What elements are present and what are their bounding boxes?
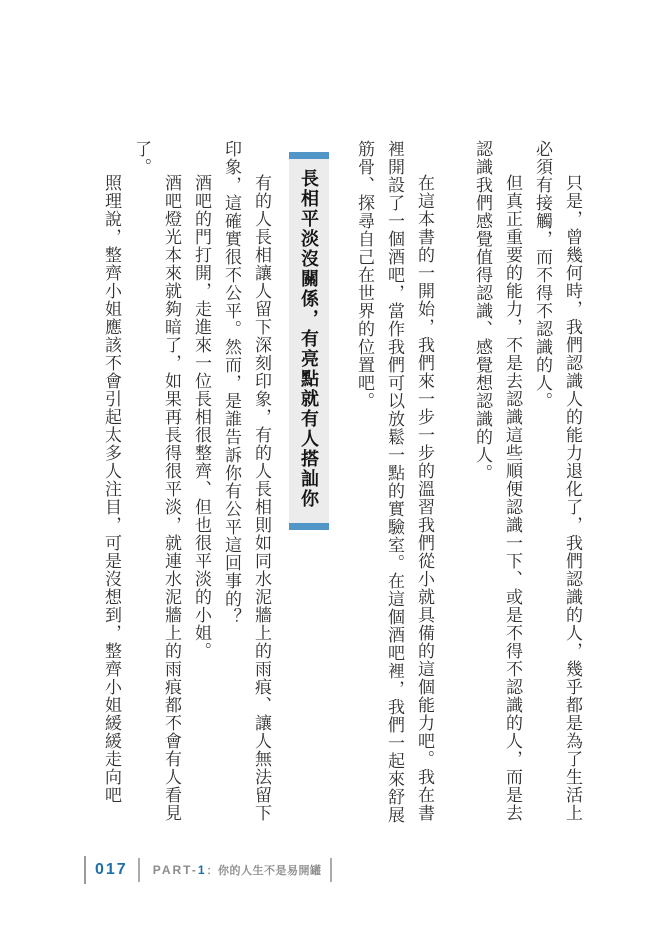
footer-divider [138, 858, 140, 882]
paragraph-2: 但真正重要的能力，不是去認識這些順便認識一下、或是不得不認識的人，而是去認識我們… [467, 140, 527, 828]
part-label: PART-1 [153, 863, 207, 877]
part-number: 1 [198, 863, 207, 877]
footer-divider [84, 856, 86, 884]
paragraph-6: 酒吧燈光本來就夠暗了，如果再長得很平淡，就連水泥牆上的雨痕都不會有人看見了。 [126, 140, 186, 828]
paragraph-4: 有的人長相讓人留下深刻印象，有的人長相則如同水泥牆上的雨痕、讓人無法留下印象，這… [216, 140, 276, 828]
page-number: 017 [95, 861, 128, 879]
paragraph-1: 只是，曾幾何時，我們認識人的能力退化了，我們認識的人，幾乎都是為了生活上必須有接… [527, 140, 587, 828]
section-heading: 長相平淡沒關係，有亮點就有人搭訕你 [289, 152, 329, 530]
chapter-title: ：你的人生不是易開罐 [207, 862, 322, 878]
page-content: 只是，曾幾何時，我們認識人的能力退化了，我們認識的人，幾乎都是為了生活上必須有接… [96, 140, 587, 828]
page-footer: 017 PART-1 ：你的人生不是易開罐 [84, 856, 332, 884]
section-heading-text: 長相平淡沒關係，有亮點就有人搭訕你 [299, 169, 319, 509]
footer-divider [330, 858, 332, 882]
paragraph-5: 酒吧的門打開，走進來一位長相很整齊、但也很平淡的小姐。 [186, 140, 216, 828]
part-prefix: PART- [153, 863, 198, 877]
paragraph-3: 在這本書的一開始，我們來一步一步的溫習我們從小就具備的這個能力吧。我在書裡開設了… [349, 140, 439, 828]
chapter-title-text: 你的人生不是易開罐 [218, 865, 322, 877]
book-page: 只是，曾幾何時，我們認識人的能力退化了，我們認識的人，幾乎都是為了生活上必須有接… [0, 0, 663, 932]
paragraph-7: 照理說，整齊小姐應該不會引起太多人注目，可是沒想到，整齊小姐緩緩走向吧 [96, 140, 126, 828]
chapter-separator: ： [207, 865, 219, 877]
